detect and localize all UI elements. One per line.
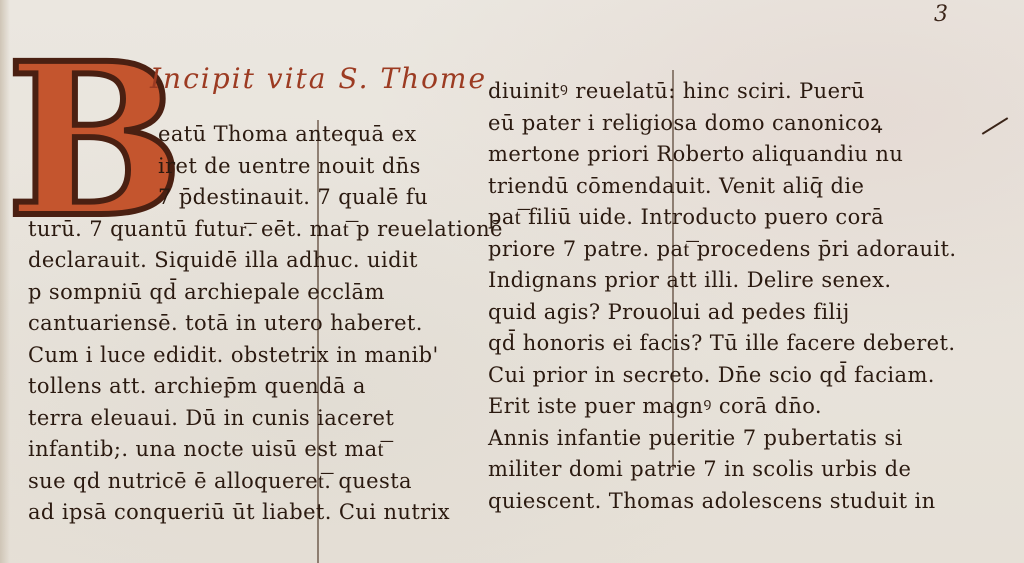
text-line: iret de uentre nouit dn̄s [28,151,503,183]
text-line: quid agis? Prouolui ad pedes filij [488,297,956,329]
text-line: diuinitꝰ reuelatū: hinc sciri. Puerū [488,76,956,108]
text-line: Cum i luce edidit. obstetrix in manib' [28,340,503,372]
text-line: sue qd nutricē ē alloqueret͞. questa [28,466,503,498]
text-line: pat͞ filiū uide. Introducto puero corā [488,202,956,234]
text-line: infantib;. una nocte uisū est mat͞ [28,434,503,466]
text-line: Erit iste puer magnꝰ corā dn̄o. [488,391,956,423]
folio-number: 3 [934,2,948,27]
text-line: qd̄ honoris ei facis? Tū ille facere deb… [488,328,956,360]
manuscript-page: 3 B Incipit vita S. Thome eatū Thoma ant… [0,0,1024,563]
text-line: cantuariensē. totā in utero haberet. [28,308,503,340]
rubric-heading: Incipit vita S. Thome [150,62,487,95]
text-line: ad ipsā conqueriū ūt liabet. Cui nutrix [28,497,503,529]
text-line: tollens att. archiep̄m quendā a [28,371,503,403]
text-line: quiescent. Thomas adolescens studuit in [488,486,956,518]
text-line: Cui prior in secreto. Dn̄e scio qd̄ faci… [488,360,956,392]
margin-mark [982,117,1009,135]
left-text-column: eatū Thoma antequā ex iret de uentre nou… [28,119,503,529]
text-line: Indignans prior att illi. Delire senex. [488,265,956,297]
text-line: eatū Thoma antequā ex [28,119,503,151]
text-line: turū. 7 quantū futur͞. eēt. mat͞ p reuel… [28,214,503,246]
text-line: eū pater i religiosa domo canonicoꝝ [488,108,956,140]
text-line: militer domi patrie 7 in scolis urbis de [488,454,956,486]
text-line: declarauit. Siquidē illa adhuc. uidit [28,245,503,277]
text-line: p sompniū qd̄ archiepale ecclām [28,277,503,309]
text-line: Annis infantie pueritie 7 pubertatis si [488,423,956,455]
right-text-column: diuinitꝰ reuelatū: hinc sciri. Puerū eū … [488,76,956,517]
text-line: mertone priori Roberto aliquandiu nu [488,139,956,171]
text-line: triendū cōmendauit. Venit aliq̄ die [488,171,956,203]
text-line: terra eleuaui. Dū in cunis iaceret [28,403,503,435]
text-line: priore 7 patre. pat͞ procedens p̄ri ador… [488,234,956,266]
text-line: 7 p̄destinauit. 7 qualē fu [28,182,503,214]
